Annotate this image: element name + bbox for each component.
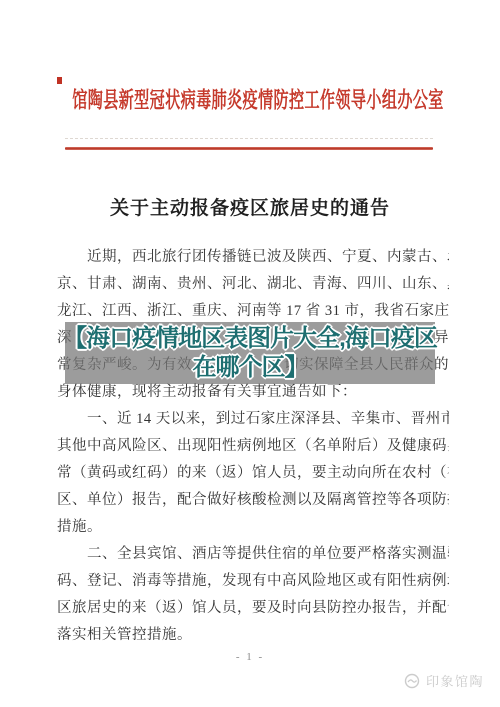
watermark: 印象馆陶 — [404, 671, 484, 690]
document-body: 近期，西北旅行团传播链已波及陕西、宁夏、内蒙古、北京、甘肃、湖南、贵州、河北、湖… — [57, 244, 449, 649]
seal-logo-icon — [404, 673, 420, 689]
body-line: 龙江、江西、浙江、重庆、河南等 17 省 31 市，我省石家庄 — [57, 298, 449, 325]
body-line: 区、单位）报告，配合做好核酸检测以及隔离管控等各项防控 — [57, 487, 449, 514]
letterhead-org-name-text: 馆陶县新型冠状病毒肺炎疫情防控工作领导小组办公室 — [72, 83, 444, 115]
body-line: 其他中高风险区、出现阳性病例地区（名单附后）及健康码异 — [57, 433, 449, 460]
letterhead-red-rule — [65, 147, 433, 150]
seo-overlay-banner: 【海口疫情地区表图片大全,海口疫区 在哪个区】 — [65, 322, 435, 384]
scanned-notice-page: 馆陶县新型冠状病毒肺炎疫情防控工作领导小组办公室 关于主动报备疫区旅居史的通告 … — [0, 0, 500, 707]
body-line: 一、近 14 天以来，到过石家庄深泽县、辛集市、晋州市、 — [57, 406, 449, 433]
body-line: 二、全县宾馆、酒店等提供住宿的单位要严格落实测温验 — [57, 541, 449, 568]
body-line: 措施。 — [57, 514, 449, 541]
page-number: - 1 - — [0, 651, 500, 663]
body-line: 近期，西北旅行团传播链已波及陕西、宁夏、内蒙古、北 — [57, 244, 449, 271]
letterhead-dotted-divider — [65, 138, 433, 139]
overlay-text-line2: 在哪个区】 — [193, 353, 308, 382]
red-scan-mark — [57, 77, 62, 84]
body-line: 区旅居史的来（返）馆人员，要及时向县防控办报告，并配合 — [57, 595, 449, 622]
watermark-label: 印象馆陶 — [426, 671, 484, 690]
letterhead-org-name: 馆陶县新型冠状病毒肺炎疫情防控工作领导小组办公室 — [0, 84, 500, 114]
body-line: 落实相关管控措施。 — [57, 622, 449, 649]
page-title: 关于主动报备疫区旅居史的通告 — [0, 193, 500, 220]
body-line: 码、登记、消毒等措施，发现有中高风险地区或有阳性病例地 — [57, 568, 449, 595]
overlay-text-line1: 【海口疫情地区表图片大全,海口疫区 — [63, 324, 437, 353]
body-line: 京、甘肃、湖南、贵州、河北、湖北、青海、四川、山东、黑 — [57, 271, 449, 298]
body-line: 常（黄码或红码）的来（返）馆人员，要主动向所在农村（社 — [57, 460, 449, 487]
